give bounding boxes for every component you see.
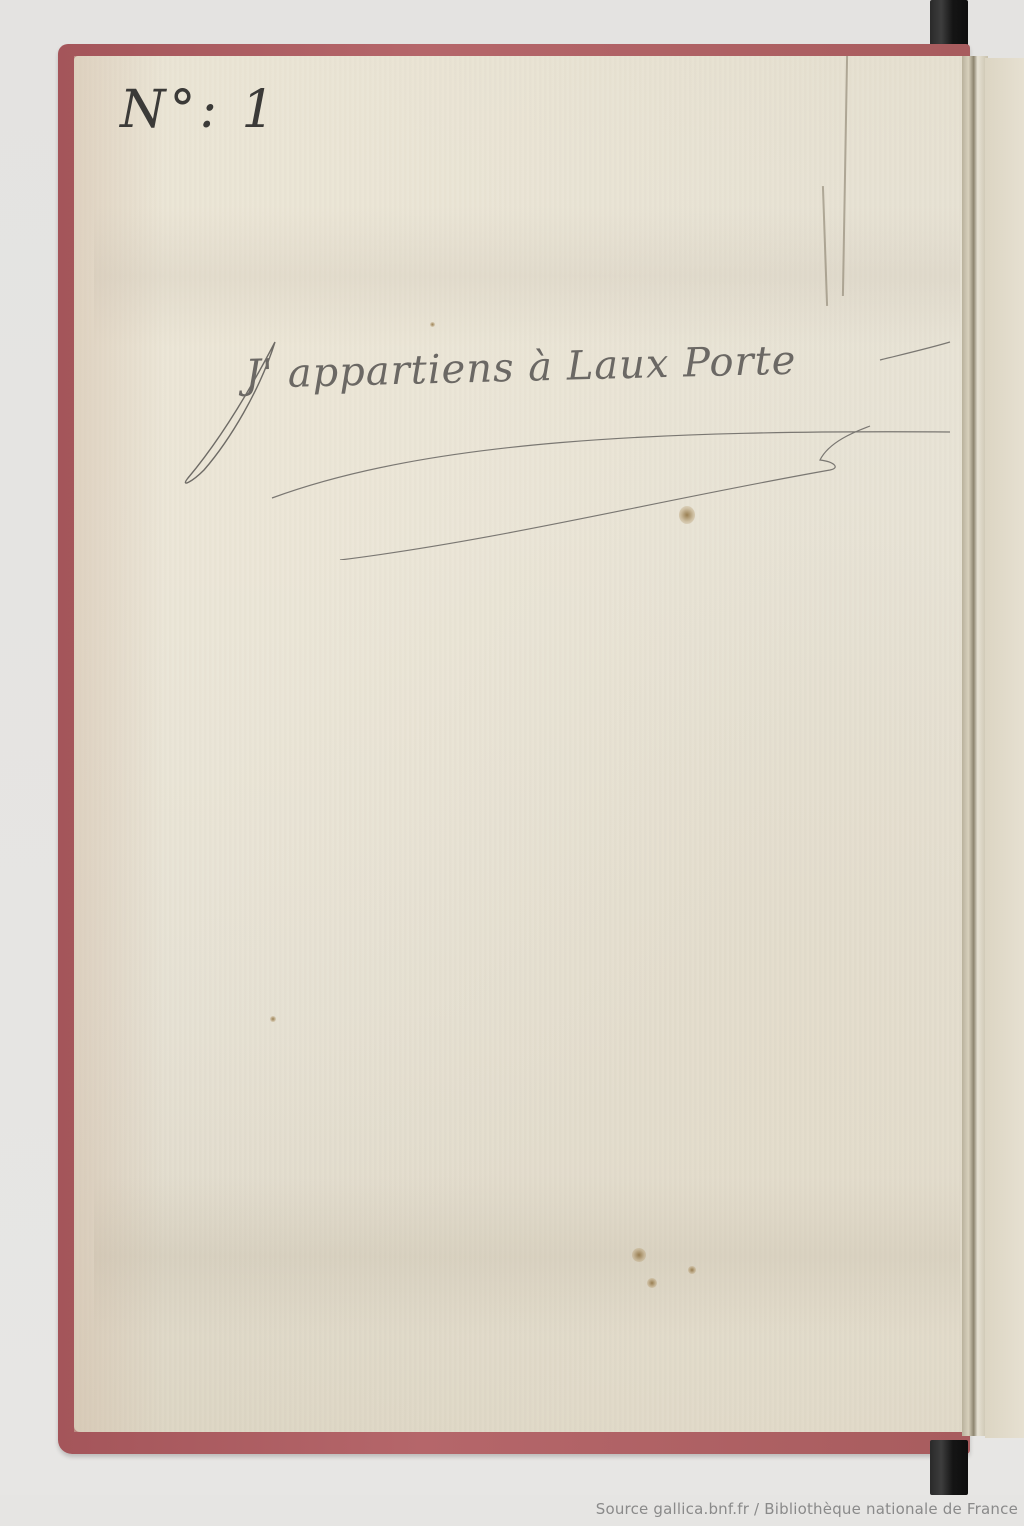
foxing-spot (270, 1016, 276, 1022)
shelf-number-inscription: N°: 1 (120, 80, 279, 140)
source-credit: Source gallica.bnf.fr / Bibliothèque nat… (596, 1500, 1018, 1518)
pastedown-page (74, 56, 970, 1432)
bookmark-ribbon-bottom (930, 1440, 968, 1495)
foxing-spot (679, 506, 695, 524)
foxing-spot (430, 322, 435, 327)
foxing-spot (688, 1266, 696, 1274)
foxing-spot (632, 1248, 646, 1262)
facing-page-edge (985, 58, 1024, 1438)
paper-foxing-band (94, 1176, 960, 1336)
foxing-spot (647, 1278, 657, 1288)
paper-toning-band (94, 206, 960, 346)
